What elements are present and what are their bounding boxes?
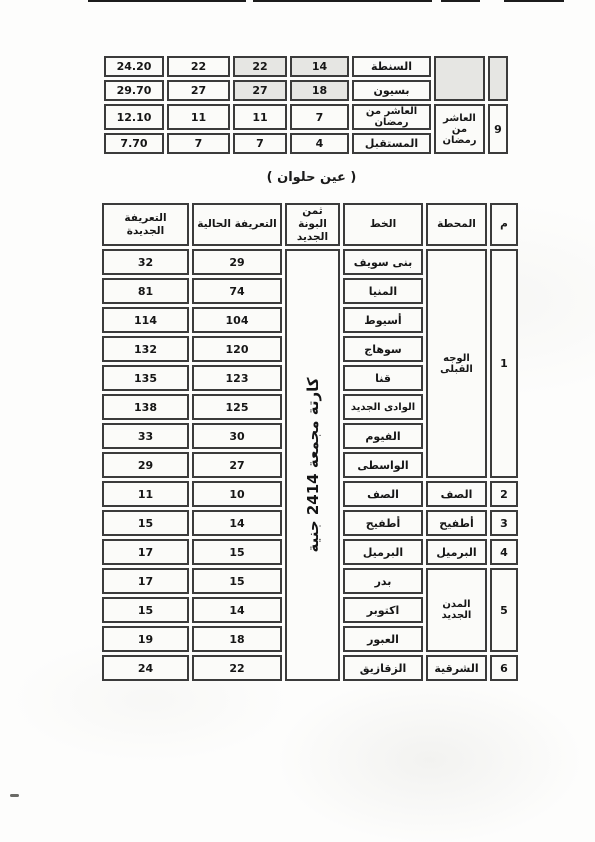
scan-artifact-topline xyxy=(504,0,564,2)
row-num-cell: 2 xyxy=(490,481,518,507)
line-cell: سوهاج xyxy=(343,336,423,362)
header-row: م المحطة الخط ثمن البونة الجديد التعريفة… xyxy=(102,203,518,246)
fare-cell: 27 xyxy=(167,80,230,101)
station-cell: العاشر من رمضان xyxy=(434,104,485,154)
current-tariff-cell: 22 xyxy=(192,655,282,681)
new-tariff-cell: 132 xyxy=(102,336,189,362)
new-tariff-cell: 19 xyxy=(102,626,189,652)
fare-cell: 7 xyxy=(233,133,287,154)
current-tariff-cell: 120 xyxy=(192,336,282,362)
new-tariff-cell: 15 xyxy=(102,597,189,623)
line-cell: قنا xyxy=(343,365,423,391)
num-header: م xyxy=(490,203,518,246)
row-num-cell: 9 xyxy=(488,104,508,154)
line-cell: المنيا xyxy=(343,278,423,304)
current-tariff-cell: 74 xyxy=(192,278,282,304)
line-cell: البرميل xyxy=(343,539,423,565)
fare-cell: 29.70 xyxy=(104,80,164,101)
fare-cell: 24.20 xyxy=(104,56,164,77)
scan-artifact-topline xyxy=(253,0,432,2)
fare-cell: 18 xyxy=(290,80,349,101)
station-header: المحطة xyxy=(426,203,487,246)
fare-cell: 7 xyxy=(290,104,349,130)
new-tariff-cell: 32 xyxy=(102,249,189,275)
station-cell: الصف xyxy=(426,481,487,507)
fare-cell: 7 xyxy=(167,133,230,154)
line-cell: العبور xyxy=(343,626,423,652)
row-num-cell: 6 xyxy=(490,655,518,681)
fare-cell: 11 xyxy=(167,104,230,130)
ticket-price-cell: كارتة مجمعة 2414 جنية xyxy=(285,249,340,681)
current-tariff-cell: 15 xyxy=(192,568,282,594)
row-num-cell: 3 xyxy=(490,510,518,536)
scan-artifact-dash xyxy=(10,794,19,797)
station-cell: المدن الجديد xyxy=(426,568,487,652)
row-num-cell: 5 xyxy=(490,568,518,652)
new-tariff-cell: 29 xyxy=(102,452,189,478)
line-cell: الواسطى xyxy=(343,452,423,478)
current-tariff-cell: 14 xyxy=(192,510,282,536)
current-tariff-cell: 30 xyxy=(192,423,282,449)
line-cell: السنطة xyxy=(352,56,431,77)
line-cell: اكتوبر xyxy=(343,597,423,623)
new-tariff-cell: 138 xyxy=(102,394,189,420)
current-tariff-cell: 123 xyxy=(192,365,282,391)
new-tariff-cell: 24 xyxy=(102,655,189,681)
line-cell: المستقبل xyxy=(352,133,431,154)
current-tariff-cell: 29 xyxy=(192,249,282,275)
station-cell: الوجه القبلى xyxy=(426,249,487,478)
line-cell: أسيوط xyxy=(343,307,423,333)
line-cell: الزقازيق xyxy=(343,655,423,681)
new-tariff-cell: 11 xyxy=(102,481,189,507)
row-num-cell: 4 xyxy=(490,539,518,565)
row-num-cell: 1 xyxy=(490,249,518,478)
new-tariff-cell: 15 xyxy=(102,510,189,536)
fare-cell: 4 xyxy=(290,133,349,154)
scan-artifact-topline xyxy=(441,0,480,2)
fare-cell: 7.70 xyxy=(104,133,164,154)
table-row: 9 العاشر من رمضان العاشر من رمضان 7 11 1… xyxy=(104,104,508,130)
combined-card-note: كارتة مجمعة 2414 جنية xyxy=(304,378,322,553)
current-tariff-cell: 10 xyxy=(192,481,282,507)
row-num-cell xyxy=(488,56,508,101)
line-cell: بدر xyxy=(343,568,423,594)
station-cell: البرميل xyxy=(426,539,487,565)
line-cell: الفيوم xyxy=(343,423,423,449)
ticket-price-header: ثمن البونة الجديد xyxy=(285,203,340,246)
station-cell xyxy=(434,56,485,101)
new-tariff-cell: 114 xyxy=(102,307,189,333)
station-cell: أطفيح xyxy=(426,510,487,536)
new-tariff-header: التعريفة الجديدة xyxy=(102,203,189,246)
station-cell: الشرقية xyxy=(426,655,487,681)
current-tariff-cell: 104 xyxy=(192,307,282,333)
fare-cell: 12.10 xyxy=(104,104,164,130)
line-cell: بسيون xyxy=(352,80,431,101)
current-tariff-cell: 125 xyxy=(192,394,282,420)
scan-artifact-topline xyxy=(88,0,246,2)
line-cell: الوادى الجديد xyxy=(343,394,423,420)
fare-cell: 14 xyxy=(290,56,349,77)
current-tariff-cell: 18 xyxy=(192,626,282,652)
current-tariff-cell: 15 xyxy=(192,539,282,565)
line-cell: الصف xyxy=(343,481,423,507)
fare-cell: 22 xyxy=(233,56,287,77)
fare-cell: 27 xyxy=(233,80,287,101)
fare-cell: 22 xyxy=(167,56,230,77)
new-tariff-cell: 33 xyxy=(102,423,189,449)
line-cell: بنى سويف xyxy=(343,249,423,275)
line-cell: العاشر من رمضان xyxy=(352,104,431,130)
fare-cell: 11 xyxy=(233,104,287,130)
current-tariff-cell: 14 xyxy=(192,597,282,623)
new-tariff-cell: 135 xyxy=(102,365,189,391)
current-tariff-header: التعريفة الحالية xyxy=(192,203,282,246)
top-fare-table: السنطة 14 22 22 24.20 بسيون 18 27 27 29.… xyxy=(101,53,511,157)
new-tariff-cell: 17 xyxy=(102,539,189,565)
table-row: 1 الوجه القبلى بنى سويف كارتة مجمعة 2414… xyxy=(102,249,518,275)
table-row: السنطة 14 22 22 24.20 xyxy=(104,56,508,77)
line-cell: أطفيح xyxy=(343,510,423,536)
current-tariff-cell: 27 xyxy=(192,452,282,478)
line-header: الخط xyxy=(343,203,423,246)
new-tariff-cell: 17 xyxy=(102,568,189,594)
main-fare-table: م المحطة الخط ثمن البونة الجديد التعريفة… xyxy=(99,200,521,684)
new-tariff-cell: 81 xyxy=(102,278,189,304)
page-title: ( عين حلوان ) xyxy=(0,170,595,185)
